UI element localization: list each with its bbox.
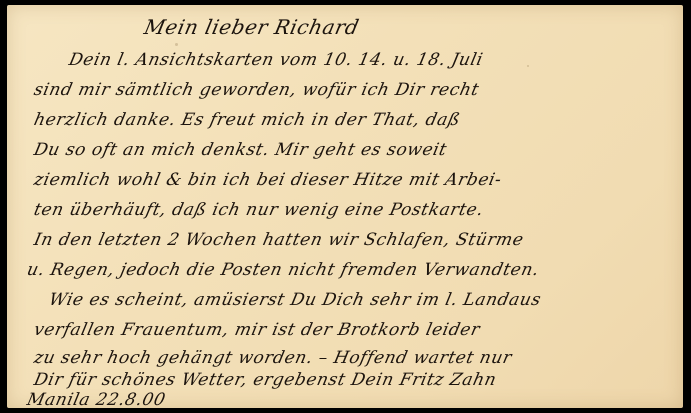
- salutation: Mein lieber Richard: [142, 15, 361, 39]
- letter-line: Dein l. Ansichtskarten vom 10. 14. u. 18…: [67, 50, 485, 70]
- letter-line: ten überhäuft, daß ich nur wenig eine Po…: [32, 200, 485, 220]
- letter-line: u. Regen, jedoch die Posten nicht fremde…: [25, 260, 541, 280]
- letter-line: Dir für schönes Wetter, ergebenst Dein F…: [32, 370, 498, 390]
- postcard: Mein lieber Richard Dein l. Ansichtskart…: [7, 5, 683, 408]
- place-date: Manila 22.8.00: [25, 390, 167, 410]
- paper-speck: [175, 43, 178, 46]
- letter-line: herzlich danke. Es freut mich in der Tha…: [32, 110, 462, 130]
- letter-line: Du so oft an mich denkst. Mir geht es so…: [32, 140, 449, 160]
- letter-line: verfallen Frauentum, mir ist der Brotkor…: [32, 320, 482, 340]
- letter-line: In den letzten 2 Wochen hatten wir Schla…: [32, 230, 526, 250]
- paper-speck: [527, 65, 529, 67]
- letter-line: Wie es scheint, amüsierst Du Dich sehr i…: [47, 290, 543, 310]
- letter-line: sind mir sämtlich geworden, wofür ich Di…: [32, 80, 481, 100]
- letter-line: zu sehr hoch gehängt worden. – Hoffend w…: [32, 348, 514, 368]
- letter-line: ziemlich wohl & bin ich bei dieser Hitze…: [32, 170, 504, 190]
